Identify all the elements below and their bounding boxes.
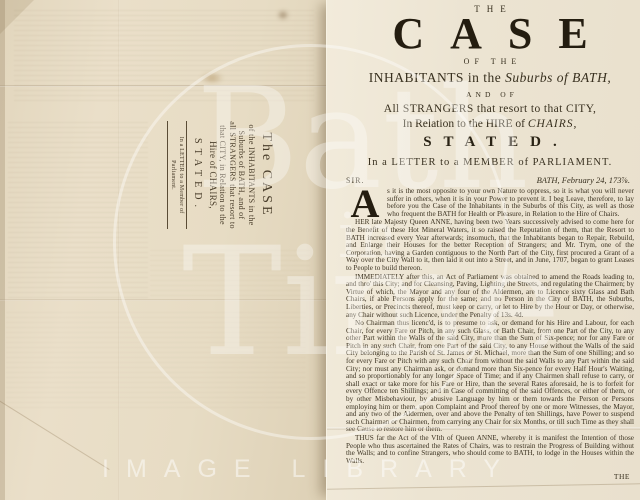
title-page: THE CASE OF THE INHABITANTS in the Subur… — [346, 4, 634, 481]
body-paragraph: No Chairman thus licenc'd, is to presume… — [346, 320, 634, 434]
catchword: THE — [346, 472, 634, 481]
document-photo: The CASEof the INHABITANTS in theSuburbs… — [0, 0, 640, 500]
docket-byline: In a LETTER to a Member of Parliament. — [167, 121, 187, 229]
docket-title-block: The CASEof the INHABITANTS in theSuburbs… — [157, 111, 285, 239]
right-page: THE CASE OF THE INHABITANTS in the Subur… — [326, 0, 640, 500]
docket-lines: The CASEof the INHABITANTS in theSuburbs… — [191, 113, 275, 237]
docket-line: all STRANGERS that resort to — [228, 113, 238, 237]
fold-crease — [327, 427, 640, 430]
show-through-text — [150, 250, 310, 300]
docket-line: The CASE — [258, 113, 275, 237]
show-through-text — [14, 10, 314, 104]
title-line-strangers: All STRANGERS that resort to that CITY, — [346, 103, 634, 115]
title-line-relation: In Relation to the HIRE of CHAIRS, — [346, 118, 634, 130]
show-through-text — [6, 312, 306, 408]
docket-line: Hire of CHAIRS, — [207, 113, 218, 237]
fold-crease — [0, 299, 332, 301]
fold-crease — [118, 0, 120, 500]
left-page: The CASEof the INHABITANTS in theSuburbs… — [0, 0, 334, 500]
body-paragraph: As it is the most opposite to your own N… — [346, 188, 634, 218]
drop-cap: A — [346, 189, 384, 219]
docket-line: Suburbs of BATH, and of — [237, 113, 247, 237]
page-edge — [327, 483, 640, 489]
paper-stain — [277, 10, 289, 20]
title-and-of: AND OF — [346, 90, 634, 99]
paper-stain — [200, 72, 224, 84]
salutation: SIR. — [346, 176, 364, 185]
docket-line: of the INHABITANTS in the — [247, 113, 257, 237]
title-text-italic: Suburbs of BATH, — [505, 70, 611, 85]
salutation-row: SIR. BATH, February 24, 173⅞. — [346, 175, 634, 185]
title-text-italic: CHAIRS, — [528, 118, 577, 130]
title-letter-line: In a LETTER to a MEMBER of PARLIAMENT. — [346, 157, 634, 168]
title-text: In Relation to the HIRE of — [403, 118, 528, 130]
title-line-inhabitants: INHABITANTS in the Suburbs of BATH, — [346, 70, 634, 86]
docket-line: that CITY, in Relation to the — [218, 113, 228, 237]
page-edge — [0, 0, 5, 500]
title-of-the: OF THE — [346, 57, 634, 66]
dateline: BATH, February 24, 173⅞. — [537, 175, 634, 185]
body-paragraph: THUS far the Act of the VIth of Queen AN… — [346, 435, 634, 465]
main-title: CASE — [346, 12, 634, 56]
fold-crease — [0, 85, 332, 87]
show-through-text — [8, 122, 148, 302]
docket-line: STATED. — [191, 113, 204, 237]
body-paragraph: HER late Majesty Queen ANNE, having been… — [346, 219, 634, 272]
body-paragraph: IMMEDIATELY after this, an Act of Parlia… — [346, 274, 634, 320]
body-text: As it is the most opposite to your own N… — [346, 188, 634, 465]
title-stated: STATED. — [346, 134, 634, 151]
title-text: INHABITANTS in the — [369, 70, 505, 85]
